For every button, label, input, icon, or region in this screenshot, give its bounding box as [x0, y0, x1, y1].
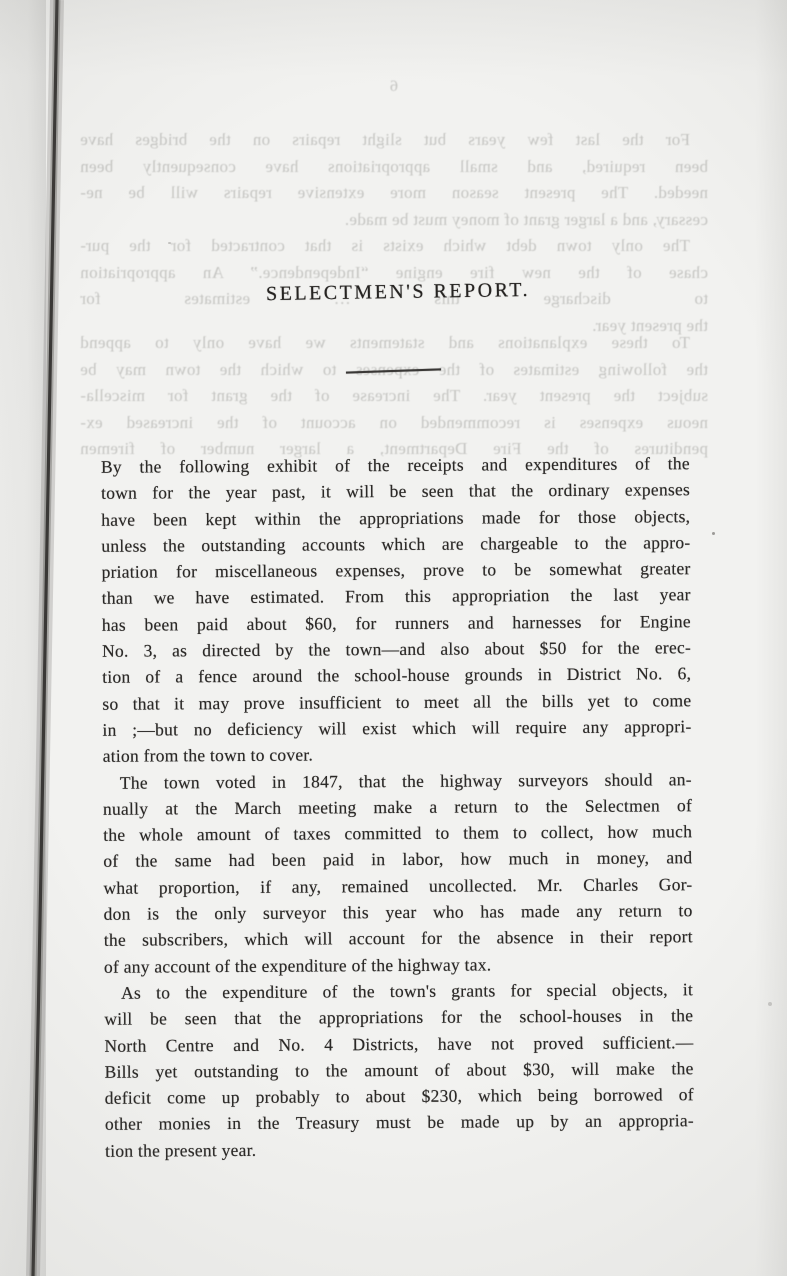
bleedthrough-line: To these explanations and statements we …: [80, 330, 708, 357]
scan-speck: [712, 532, 715, 535]
body-line: The town voted in 1847, that the highway…: [103, 766, 692, 796]
body-line: North Centre and No. 4 Districts, have n…: [104, 1029, 693, 1059]
scan-speck: [768, 1002, 772, 1006]
report-body: By the following exhibit of the receipts…: [101, 450, 694, 1164]
body-line: what proportion, if any, remained uncoll…: [103, 871, 692, 901]
bleedthrough-line: The only town debt which exists is that …: [80, 233, 708, 260]
page-title: SELECTMEN'S REPORT.: [103, 276, 693, 308]
body-line: priation for miscellaneous expenses, pro…: [101, 555, 690, 585]
scanned-document-page: 6 For the last few years but slight repa…: [0, 0, 787, 1276]
body-line: of the same had been paid in labor, how …: [103, 845, 692, 875]
body-line: the subscribers, which will account for …: [104, 924, 693, 954]
body-line: By the following exhibit of the receipts…: [101, 450, 690, 480]
bleedthrough-line: For the last few years but slight repair…: [80, 127, 708, 154]
bleedthrough-line: the present year.: [80, 313, 708, 340]
bleedthrough-line: needed. The present season more extensiv…: [80, 180, 708, 207]
divider-rule: [346, 368, 441, 374]
body-line: so that it may prove insufficient to mee…: [102, 687, 691, 717]
body-line: deficit come up probably to about $230, …: [105, 1081, 694, 1111]
body-line: As to the expenditure of the town's gran…: [104, 976, 693, 1006]
body-line: the whole amount of taxes committed to t…: [103, 818, 692, 848]
bleedthrough-line: subject the present year. The increase o…: [80, 383, 708, 410]
body-line: of any account of the expenditure of the…: [104, 950, 693, 980]
body-line: tion of a fence around the school-house …: [102, 661, 691, 691]
body-line: tion the present year.: [105, 1134, 694, 1164]
body-line: Bills yet outstanding to the amount of a…: [105, 1055, 694, 1085]
body-line: unless the outstanding accounts which ar…: [101, 529, 690, 559]
scan-speck: [168, 242, 171, 244]
body-line: will be seen that the appropriations for…: [104, 1002, 693, 1032]
bleedthrough-line: been required, and small appropriations …: [80, 154, 708, 181]
bleedthrough-block-b: To these explanations and statements we …: [80, 330, 708, 463]
body-line: ation from the town to cover.: [103, 739, 692, 769]
body-line: have been kept within the appropriations…: [101, 503, 690, 533]
body-line: has been paid about $60, for runners and…: [102, 608, 691, 638]
body-line: town for the year past, it will be seen …: [101, 477, 690, 507]
body-line: don is the only surveyor this year who h…: [104, 897, 693, 927]
bleedthrough-page-number: 6: [390, 78, 398, 96]
body-line: No. 3, as directed by the town—and also …: [102, 634, 691, 664]
body-line: in ;—but no deficiency will exist which …: [102, 713, 691, 743]
body-line: nually at the March meeting make a retur…: [103, 792, 692, 822]
bleedthrough-line: neous expenses is recommended on account…: [80, 410, 708, 437]
body-line: than we have estimated. From this approp…: [102, 582, 691, 612]
body-line: other monies in the Treasury must be mad…: [105, 1108, 694, 1138]
page-edge-strip: [0, 0, 46, 1276]
bleedthrough-line: cessary, and a larger grant of money mus…: [80, 207, 708, 234]
